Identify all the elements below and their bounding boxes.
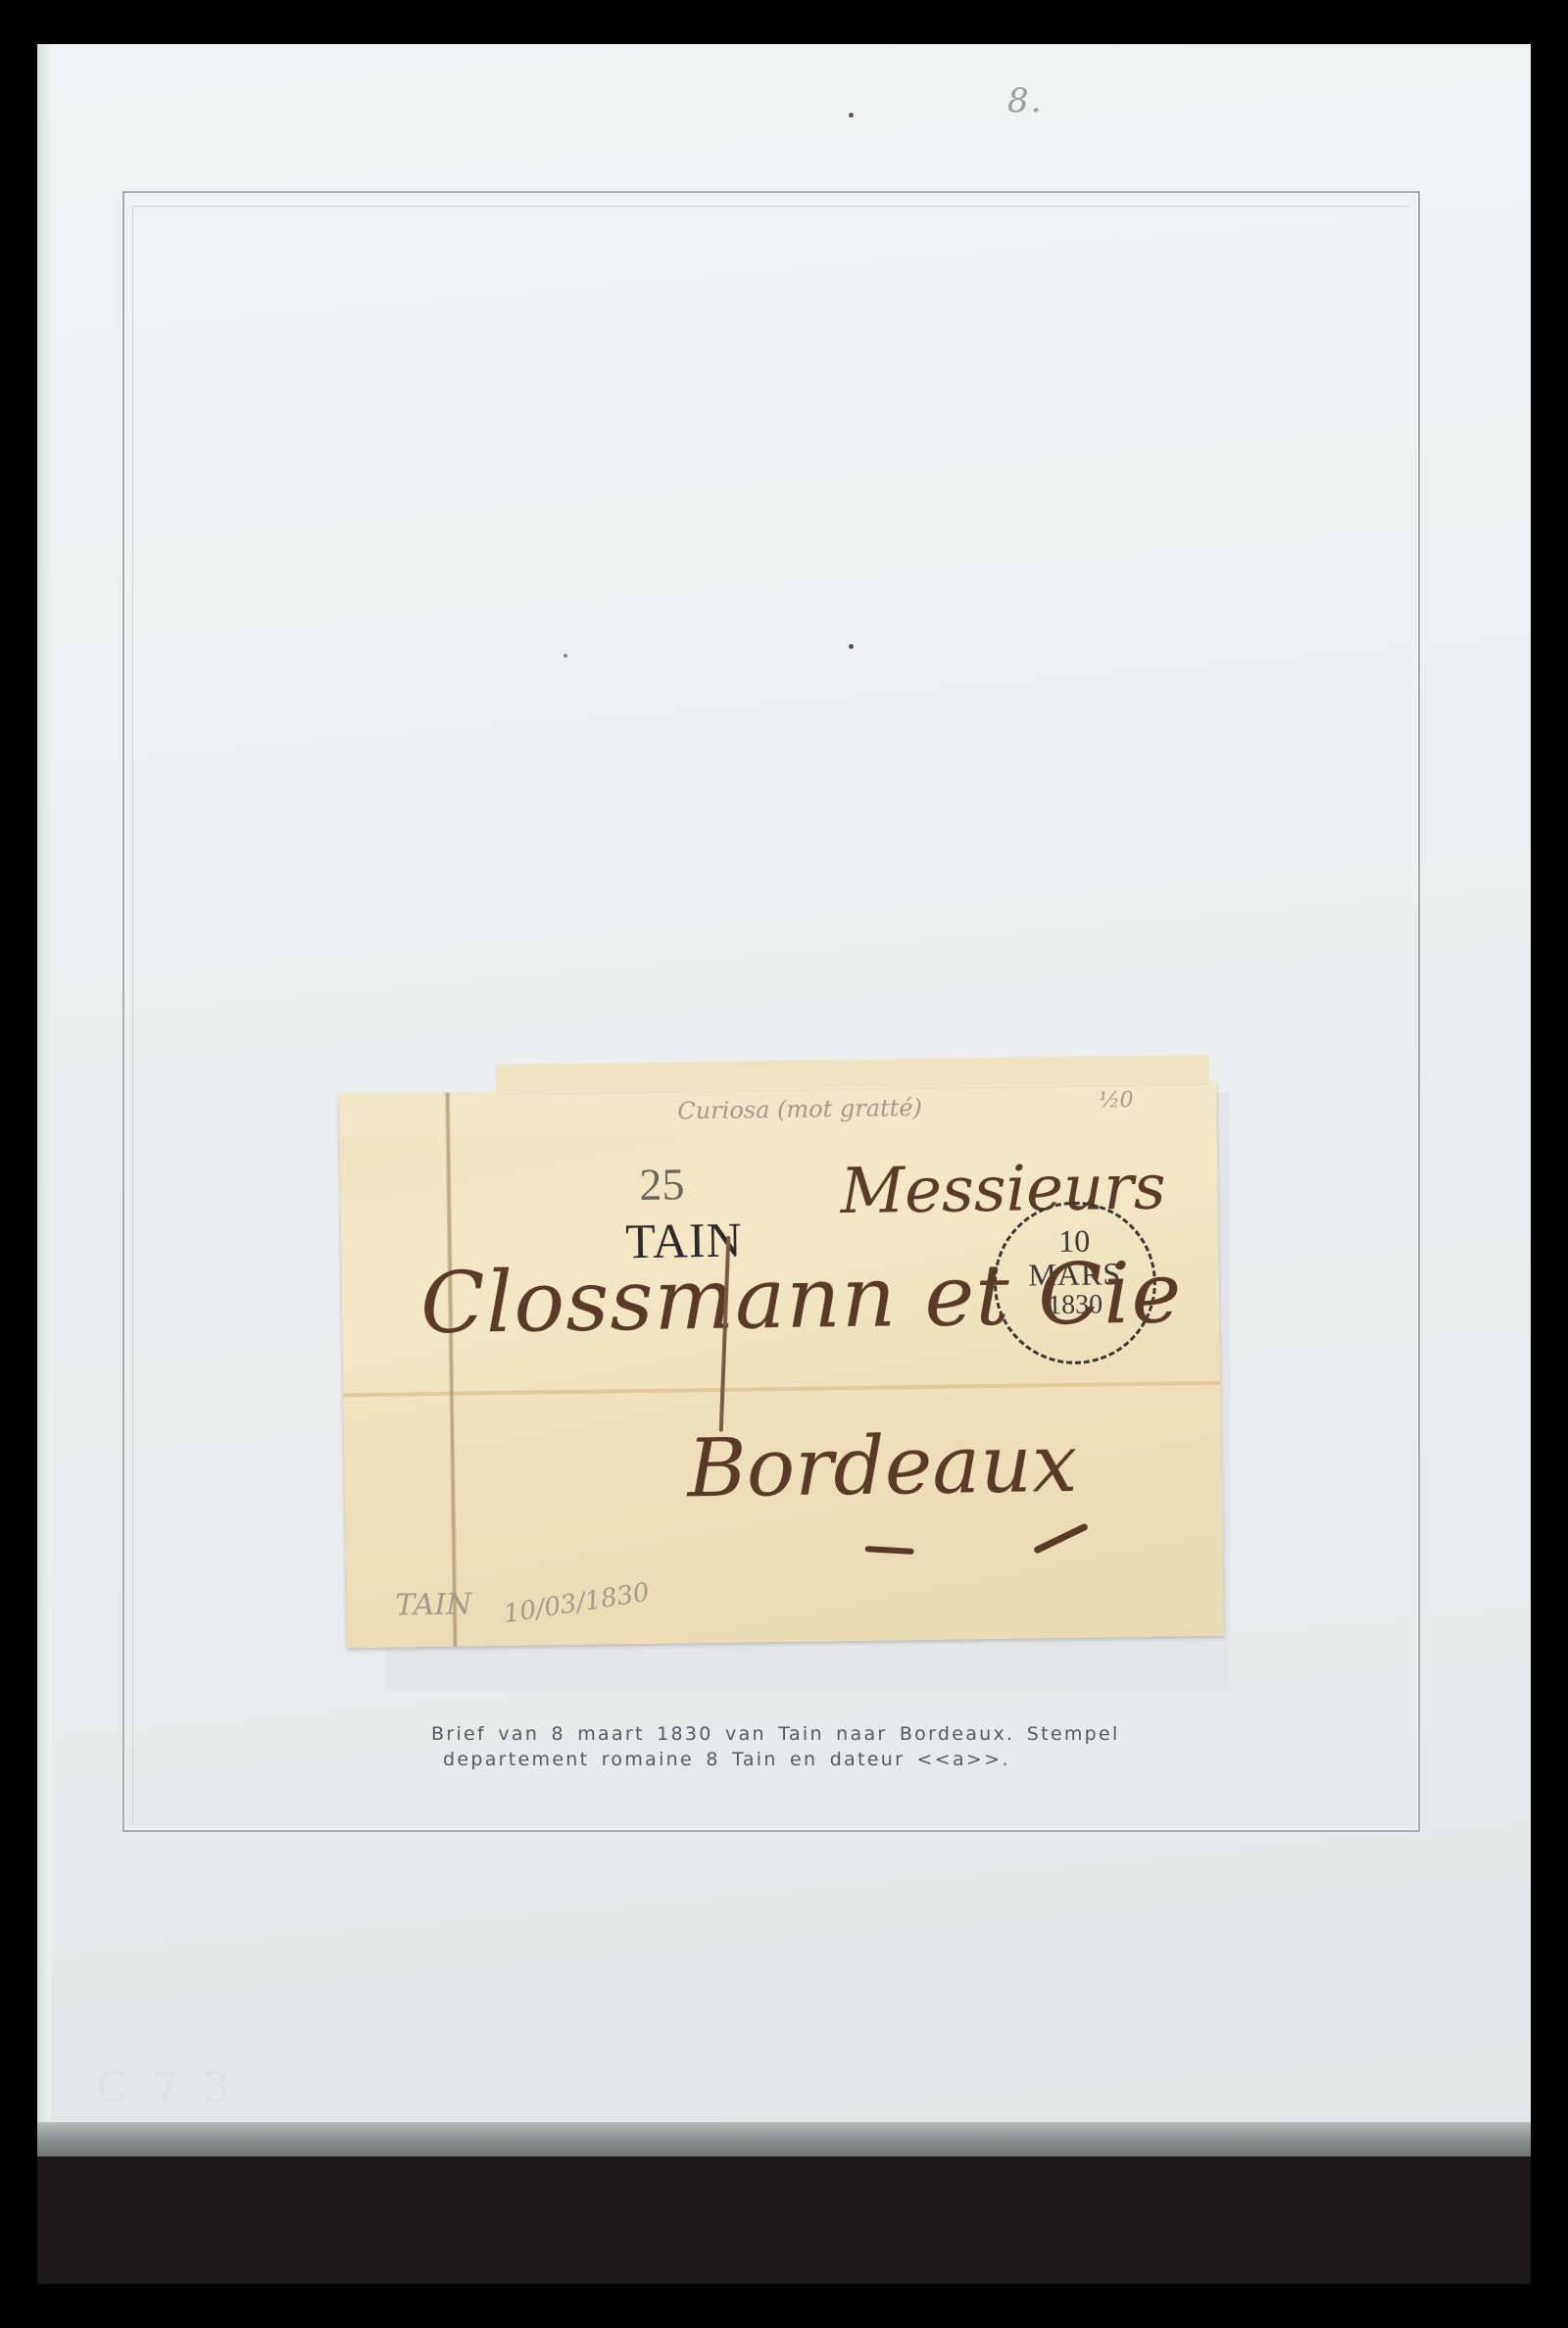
- caption-line-2: departement romaine 8 Tain en dateur <<a…: [431, 1747, 1176, 1772]
- faint-page-mark: C 7 3: [96, 2063, 235, 2111]
- pencil-note-town: TAIN: [395, 1587, 472, 1622]
- postal-cover: Curiosa (mot gratté) ½0 25 TAIN Messieur…: [339, 1082, 1224, 1648]
- cover-caption: Brief van 8 maart 1830 van Tain naar Bor…: [431, 1721, 1176, 1772]
- underline-stroke: [865, 1546, 914, 1555]
- address-line-3: Bordeaux: [687, 1417, 1078, 1516]
- pencil-note-date: 10/03/1830: [502, 1578, 652, 1630]
- album-page-photo: 8. C 7 3 Curiosa (mot gratté) ½0 25 TAIN…: [0, 0, 1568, 2328]
- caption-line-1: Brief van 8 maart 1830 van Tain naar Bor…: [431, 1723, 1120, 1745]
- flourish-stroke: [1033, 1522, 1089, 1554]
- pencil-note-top-center: Curiosa (mot gratté): [677, 1094, 922, 1124]
- album-sheet-bottom-edge: [37, 2122, 1531, 2161]
- dust-speck: [849, 113, 854, 118]
- address-line-2: Clossmann et Cie: [419, 1244, 1183, 1353]
- cover-fold-vertical: [445, 1093, 458, 1647]
- page-pencil-number: 8.: [1007, 81, 1043, 121]
- cover-fold-horizontal: [343, 1381, 1220, 1397]
- background-surface: [37, 2156, 1531, 2284]
- departement-numeral: 25: [639, 1158, 685, 1211]
- pencil-note-top-right: ½0: [1099, 1088, 1134, 1113]
- sheet-edge: [37, 44, 51, 2127]
